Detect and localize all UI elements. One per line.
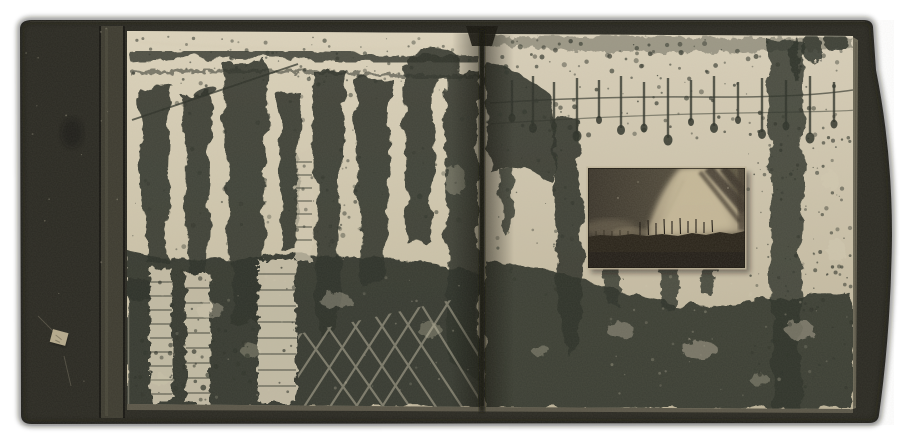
book-photograph-scene bbox=[0, 0, 900, 445]
grain-overlay bbox=[20, 20, 894, 425]
book-illustration bbox=[0, 0, 900, 445]
